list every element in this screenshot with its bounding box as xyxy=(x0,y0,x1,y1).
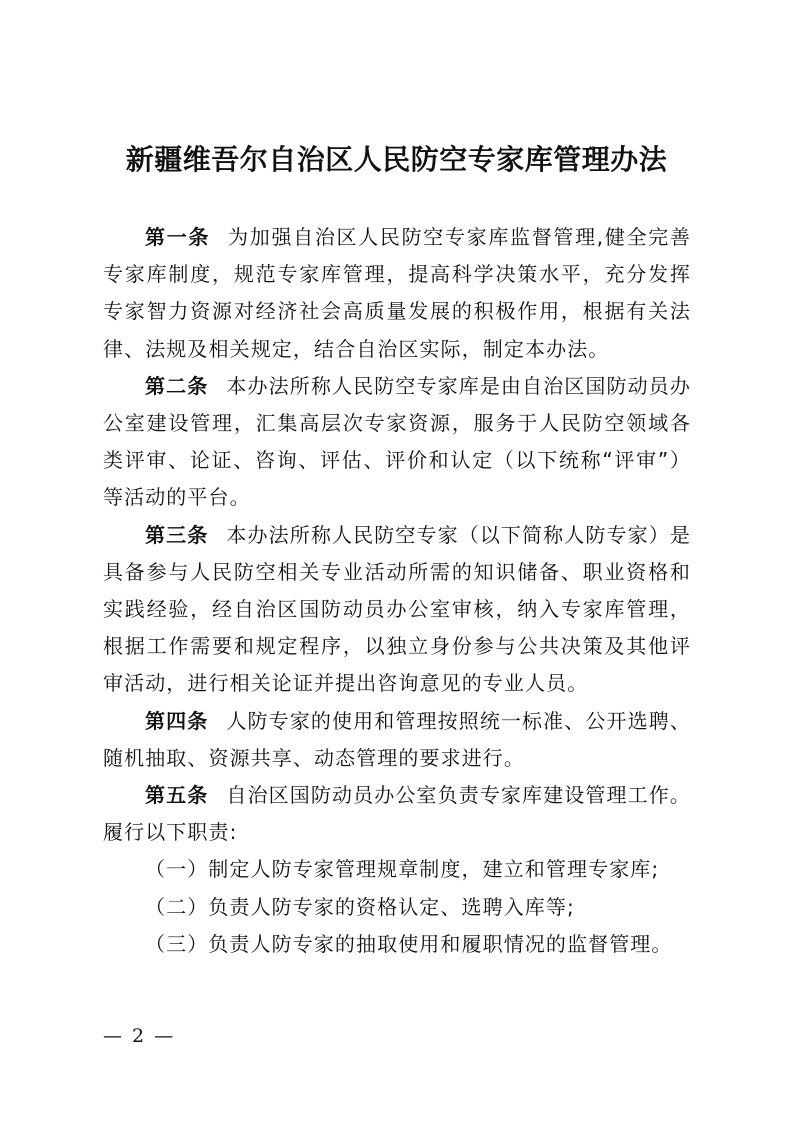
document-title: 新疆维吾尔自治区人民防空专家库管理办法 xyxy=(0,138,793,182)
document-page: 新疆维吾尔自治区人民防空专家库管理办法 第一条为加强自治区人民防空专家库监督管理… xyxy=(0,0,793,1122)
article-label: 第四条 xyxy=(145,709,208,733)
article-label: 第二条 xyxy=(145,374,208,398)
article-1: 第一条为加强自治区人民防空专家库监督管理,健全完善专家库制度，规范专家库管理，提… xyxy=(103,219,691,368)
article-text: 本办法所称人民防空专家（以下简称人防专家）是具备参与人民防空相关专业活动所需的知… xyxy=(103,523,691,696)
article-label: 第一条 xyxy=(145,225,210,249)
duty-item-1: （一）制定人防专家管理规章制度，建立和管理专家库; xyxy=(103,851,691,888)
article-label: 第三条 xyxy=(145,523,208,547)
duty-item-3: （三）负责人防专家的抽取使用和履职情况的监督管理。 xyxy=(103,926,691,963)
article-3: 第三条本办法所称人民防空专家（以下简称人防专家）是具备参与人民防空相关专业活动所… xyxy=(103,517,691,703)
document-body: 第一条为加强自治区人民防空专家库监督管理,健全完善专家库制度，规范专家库管理，提… xyxy=(103,219,691,963)
duty-item-2: （二）负责人防专家的资格认定、选聘入库等; xyxy=(103,889,691,926)
article-label: 第五条 xyxy=(145,783,208,807)
article-5: 第五条自治区国防动员办公室负责专家库建设管理工作。履行以下职责: xyxy=(103,777,691,851)
article-2: 第二条本办法所称人民防空专家库是由自治区国防动员办公室建设管理，汇集高层次专家资… xyxy=(103,368,691,517)
article-4: 第四条人防专家的使用和管理按照统一标准、公开选聘、随机抽取、资源共享、动态管理的… xyxy=(103,703,691,777)
page-number: — 2 — xyxy=(103,1022,175,1050)
